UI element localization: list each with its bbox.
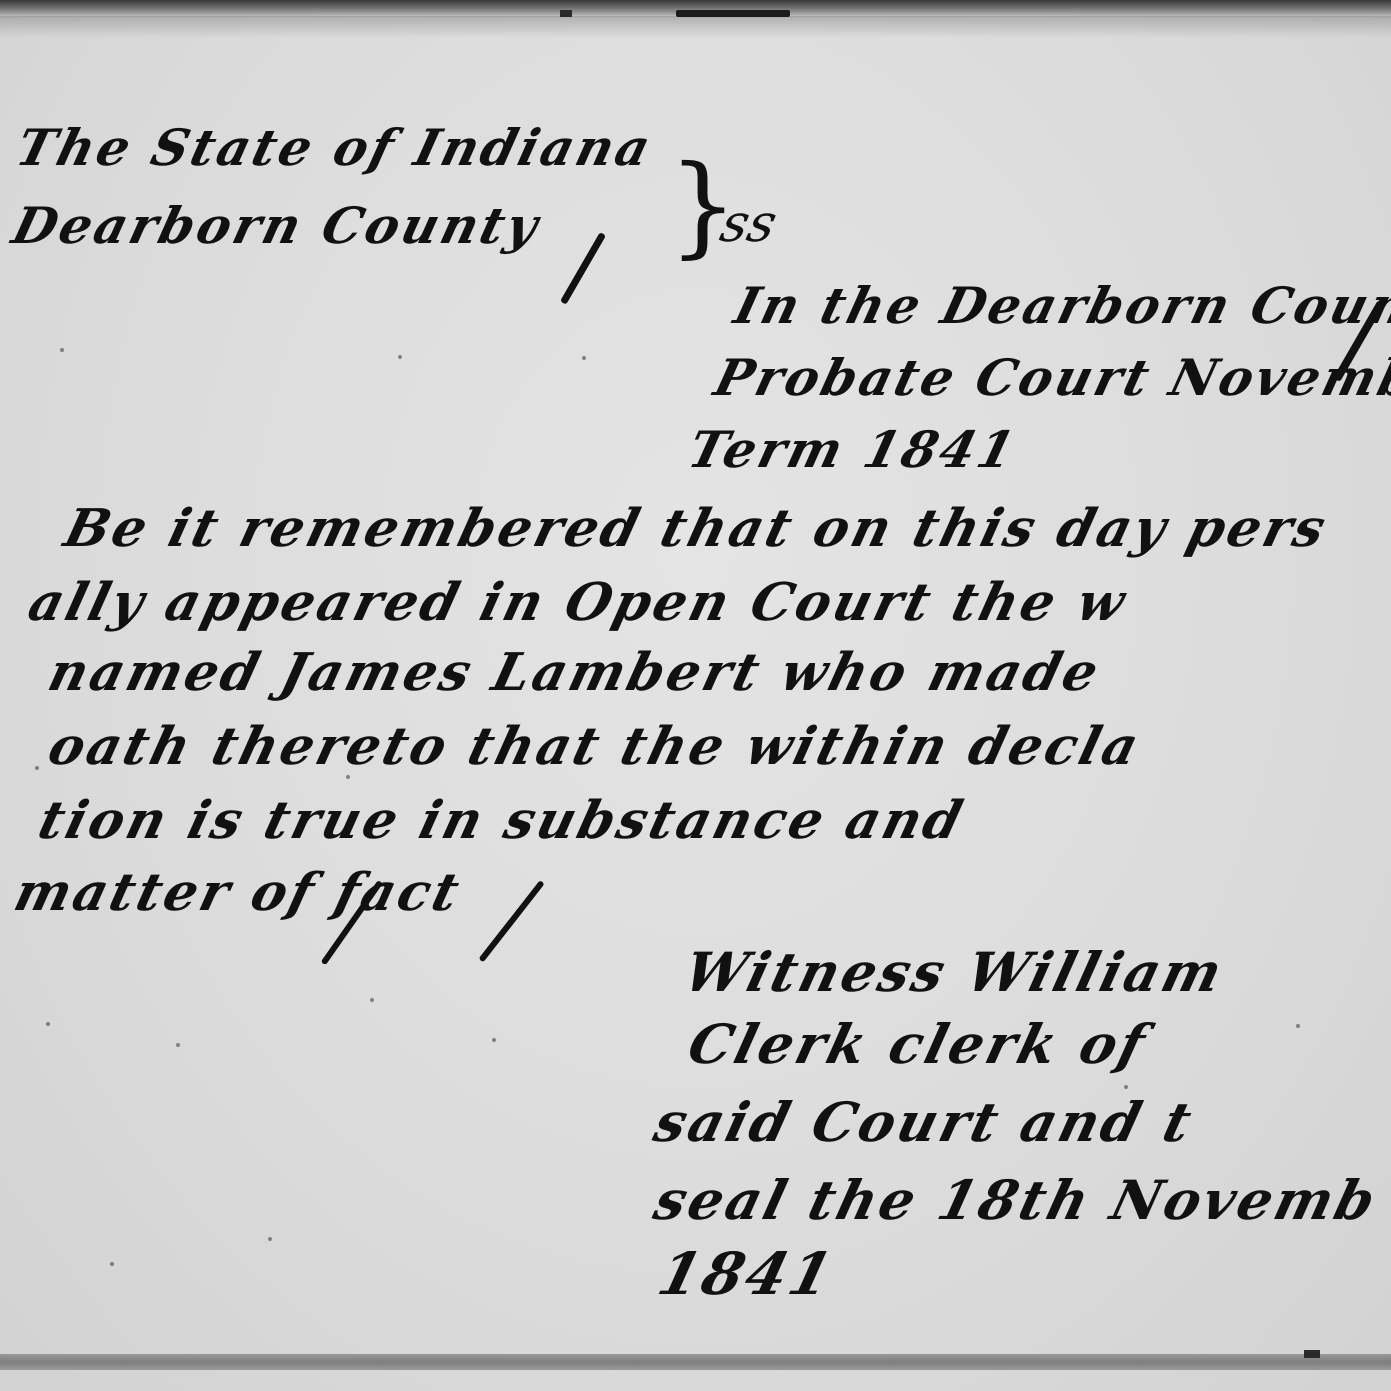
paper-speck [60, 348, 64, 352]
court-heading-line1: In the Dearborn County [729, 276, 1391, 335]
fact-descender [478, 880, 544, 962]
attestation-line-1: Witness William [678, 940, 1231, 1004]
binding-mark [676, 10, 790, 17]
paper-speck [492, 1038, 496, 1042]
caption-state: The State of Indiana [11, 118, 660, 177]
binding-mark-small [560, 10, 572, 17]
attestation-line-3: said Court and t [648, 1090, 1201, 1154]
caption-county: Dearborn County [7, 196, 547, 255]
attestation-line-4: seal the 18th Novemb [648, 1168, 1385, 1232]
body-line-5: tion is true in substance and [32, 790, 971, 851]
attestation-line-2: Clerk clerk of [682, 1012, 1154, 1076]
paper-speck [582, 356, 586, 360]
paper-speck [1296, 1024, 1300, 1028]
paper-speck [46, 1022, 50, 1026]
body-line-3: named James Lambert who made [42, 642, 1107, 703]
court-heading-line2: Probate Court Novemb [709, 348, 1391, 407]
body-line-2: ally appeared in Open Court the w [22, 572, 1133, 633]
page-top-shadow [0, 16, 1391, 38]
paper-speck [35, 766, 39, 770]
page-bottom-rule [0, 1354, 1391, 1370]
paper-speck [110, 1262, 114, 1266]
body-line-6: matter of fact [8, 862, 467, 923]
bottom-mark [1304, 1350, 1320, 1358]
body-line-1: Be it remembered that on this day pers [58, 498, 1334, 559]
paper-speck [398, 355, 402, 359]
paper-speck [370, 998, 374, 1002]
paper-speck [268, 1237, 272, 1241]
attestation-year: 1841 [652, 1240, 842, 1308]
court-heading-line3: Term 1841 [683, 420, 1024, 479]
county-descender [560, 232, 606, 305]
body-line-4: oath thereto that the within decla [42, 716, 1147, 777]
document-page: The State of Indiana Dearborn County } s… [0, 0, 1391, 1391]
paper-speck [176, 1043, 180, 1047]
paper-speck [1124, 1085, 1128, 1089]
